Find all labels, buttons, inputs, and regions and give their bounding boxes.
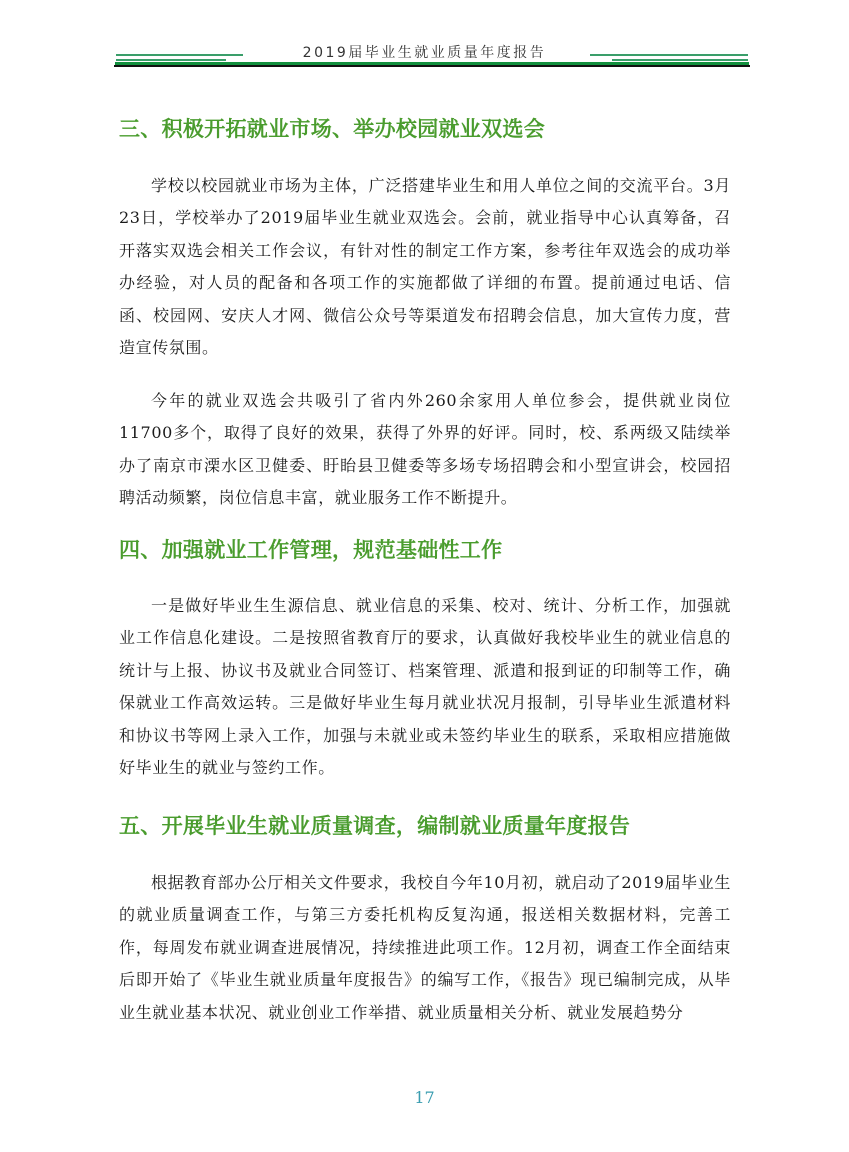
section-heading-4: 四、加强就业工作管理，规范基础性工作 xyxy=(119,535,502,565)
section-5-paragraph-1: 根据教育部办公厅相关文件要求，我校自今年10月初，就启动了2019届毕业生的就业… xyxy=(119,867,731,1029)
page-header: 2019届毕业生就业质量年度报告 xyxy=(0,0,849,72)
page-number: 17 xyxy=(0,1088,849,1107)
document-page: 2019届毕业生就业质量年度报告 三、积极开拓就业市场、举办校园就业双选会 学校… xyxy=(0,0,849,1152)
header-rule-black xyxy=(114,65,750,67)
section-3-paragraph-2: 今年的就业双选会共吸引了省内外260余家用人单位参会，提供就业岗位11700多个… xyxy=(119,385,731,515)
section-4-paragraph-1: 一是做好毕业生生源信息、就业信息的采集、校对、统计、分析工作，加强就业工作信息化… xyxy=(119,590,731,784)
section-heading-3: 三、积极开拓就业市场、举办校园就业双选会 xyxy=(119,114,545,144)
section-heading-5: 五、开展毕业生就业质量调查，编制就业质量年度报告 xyxy=(119,811,630,841)
section-3-paragraph-1: 学校以校园就业市场为主体，广泛搭建毕业生和用人单位之间的交流平台。3月23日，学… xyxy=(119,170,731,364)
header-title: 2019届毕业生就业质量年度报告 xyxy=(0,44,849,62)
